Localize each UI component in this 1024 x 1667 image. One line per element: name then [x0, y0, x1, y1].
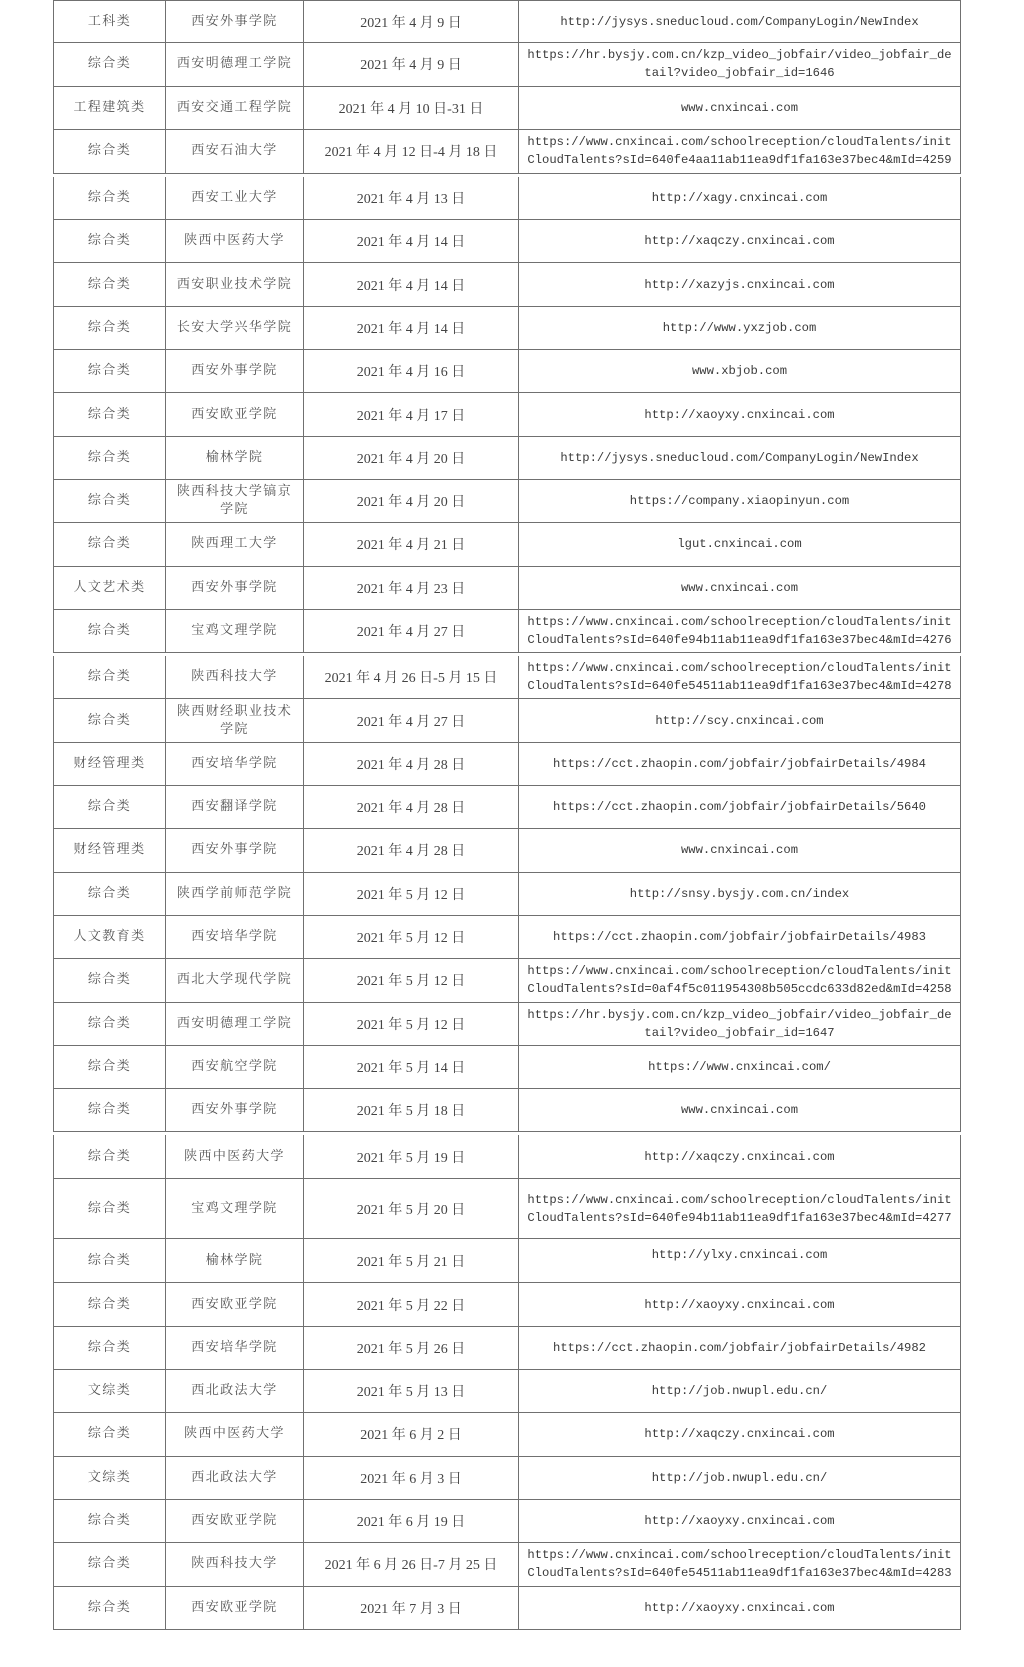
url-cell: https://www.cnxincai.com/schoolreception…	[518, 656, 961, 698]
school-cell: 西安翻译学院	[165, 786, 303, 828]
date-text: 2021 年 5 月 26 日	[357, 1338, 466, 1358]
category-cell: 综合类	[53, 1239, 165, 1282]
category-text: 文综类	[88, 1469, 131, 1487]
table-row: 文综类 西北政法大学 2021 年 5 月 13 日 http://job.nw…	[53, 1370, 961, 1413]
category-cell: 综合类	[53, 220, 165, 262]
date-text: 2021 年 4 月 27 日	[357, 621, 466, 641]
url-text: www.cnxincai.com	[681, 1101, 798, 1119]
date-cell: 2021 年 4 月 9 日	[303, 43, 518, 85]
school-text: 西北大学现代学院	[177, 971, 292, 989]
url-cell: https://www.cnxincai.com/schoolreception…	[518, 610, 961, 652]
school-cell: 西安欧亚学院	[165, 1283, 303, 1325]
school-text: 西安交通工程学院	[177, 99, 292, 117]
category-text: 综合类	[88, 1148, 131, 1166]
date-text: 2021 年 6 月 19 日	[357, 1511, 466, 1531]
category-cell: 人文教育类	[53, 916, 165, 958]
school-text: 西安培华学院	[191, 928, 277, 946]
category-cell: 综合类	[53, 1543, 165, 1585]
category-text: 工科类	[88, 13, 131, 31]
category-text: 综合类	[88, 319, 131, 337]
date-cell: 2021 年 6 月 3 日	[303, 1457, 518, 1499]
url-cell: https://cct.zhaopin.com/jobfair/jobfairD…	[518, 743, 961, 785]
url-cell: lgut.cnxincai.com	[518, 523, 961, 565]
date-cell: 2021 年 4 月 23 日	[303, 567, 518, 609]
date-text: 2021 年 4 月 28 日	[357, 797, 466, 817]
school-cell: 宝鸡文理学院	[165, 610, 303, 652]
date-cell: 2021 年 5 月 13 日	[303, 1370, 518, 1412]
table-row: 综合类 西安航空学院 2021 年 5 月 14 日 https://www.c…	[53, 1046, 961, 1089]
url-text: http://job.nwupl.edu.cn/	[652, 1382, 828, 1400]
category-cell: 财经管理类	[53, 743, 165, 785]
table-row: 综合类 榆林学院 2021 年 4 月 20 日 http://jysys.sn…	[53, 437, 961, 480]
date-text: 2021 年 6 月 26 日-7 月 25 日	[325, 1554, 498, 1574]
table-row: 综合类 陕西中医药大学 2021 年 4 月 14 日 http://xaqcz…	[53, 220, 961, 263]
date-text: 2021 年 4 月 14 日	[357, 318, 466, 338]
school-text: 榆林学院	[206, 1252, 264, 1270]
date-cell: 2021 年 4 月 27 日	[303, 699, 518, 741]
date-text: 2021 年 4 月 20 日	[357, 491, 466, 511]
category-cell: 综合类	[53, 1003, 165, 1045]
school-text: 西北政法大学	[191, 1382, 277, 1400]
school-cell: 陕西科技大学	[165, 1543, 303, 1585]
date-cell: 2021 年 4 月 10 日-31 日	[303, 87, 518, 129]
date-text: 2021 年 5 月 21 日	[357, 1251, 466, 1271]
url-text: http://xaoyxy.cnxincai.com	[644, 1296, 834, 1314]
category-text: 综合类	[88, 1015, 131, 1033]
date-text: 2021 年 7 月 3 日	[360, 1598, 462, 1618]
school-cell: 西安外事学院	[165, 567, 303, 609]
school-cell: 西安欧亚学院	[165, 1587, 303, 1629]
date-text: 2021 年 4 月 16 日	[357, 361, 466, 381]
category-cell: 工科类	[53, 1, 165, 42]
url-text: https://www.cnxincai.com/schoolreception…	[527, 1546, 951, 1582]
url-text: http://xaqczy.cnxincai.com	[644, 232, 834, 250]
date-text: 2021 年 4 月 27 日	[357, 711, 466, 731]
table-row: 综合类 陕西中医药大学 2021 年 6 月 2 日 http://xaqczy…	[53, 1413, 961, 1456]
date-cell: 2021 年 4 月 14 日	[303, 263, 518, 305]
category-cell: 综合类	[53, 1327, 165, 1369]
school-text: 陕西科技大学镐京学院	[173, 483, 296, 519]
category-text: 综合类	[88, 189, 131, 207]
date-text: 2021 年 4 月 14 日	[357, 275, 466, 295]
table-row: 工程建筑类 西安交通工程学院 2021 年 4 月 10 日-31 日 www.…	[53, 87, 961, 130]
table-row: 综合类 陕西科技大学 2021 年 4 月 26 日-5 月 15 日 http…	[53, 656, 961, 699]
date-cell: 2021 年 4 月 28 日	[303, 786, 518, 828]
category-cell: 综合类	[53, 263, 165, 305]
school-cell: 西安交通工程学院	[165, 87, 303, 129]
date-cell: 2021 年 5 月 22 日	[303, 1283, 518, 1325]
category-text: 综合类	[88, 1058, 131, 1076]
school-text: 西北政法大学	[191, 1469, 277, 1487]
school-cell: 宝鸡文理学院	[165, 1179, 303, 1238]
date-cell: 2021 年 5 月 12 日	[303, 1003, 518, 1045]
date-text: 2021 年 5 月 12 日	[357, 970, 466, 990]
school-cell: 陕西科技大学	[165, 656, 303, 698]
school-cell: 西安外事学院	[165, 1089, 303, 1131]
date-cell: 2021 年 4 月 20 日	[303, 480, 518, 522]
school-text: 西安外事学院	[191, 362, 277, 380]
category-text: 综合类	[88, 622, 131, 640]
table-row: 工科类 西安外事学院 2021 年 4 月 9 日 http://jysys.s…	[53, 0, 961, 43]
category-cell: 综合类	[53, 177, 165, 219]
table-row: 综合类 西安外事学院 2021 年 4 月 16 日 www.xbjob.com	[53, 350, 961, 393]
school-text: 陕西科技大学	[191, 668, 277, 686]
date-cell: 2021 年 4 月 12 日-4 月 18 日	[303, 130, 518, 173]
date-cell: 2021 年 5 月 14 日	[303, 1046, 518, 1088]
date-text: 2021 年 4 月 13 日	[357, 188, 466, 208]
date-text: 2021 年 4 月 14 日	[357, 231, 466, 251]
date-text: 2021 年 4 月 28 日	[357, 754, 466, 774]
category-text: 综合类	[88, 712, 131, 730]
url-cell: www.xbjob.com	[518, 350, 961, 392]
category-cell: 文综类	[53, 1370, 165, 1412]
table-row: 人文教育类 西安培华学院 2021 年 5 月 12 日 https://cct…	[53, 916, 961, 959]
table-row: 综合类 西安石油大学 2021 年 4 月 12 日-4 月 18 日 http…	[53, 130, 961, 174]
url-cell: https://www.cnxincai.com/	[518, 1046, 961, 1088]
category-text: 财经管理类	[73, 755, 145, 773]
date-cell: 2021 年 4 月 26 日-5 月 15 日	[303, 656, 518, 698]
date-text: 2021 年 4 月 28 日	[357, 840, 466, 860]
school-text: 西安培华学院	[191, 755, 277, 773]
category-text: 综合类	[88, 276, 131, 294]
table-row: 综合类 榆林学院 2021 年 5 月 21 日 http://ylxy.cnx…	[53, 1239, 961, 1283]
url-cell: www.cnxincai.com	[518, 1089, 961, 1131]
url-cell: http://xaqczy.cnxincai.com	[518, 1135, 961, 1178]
school-cell: 西北政法大学	[165, 1457, 303, 1499]
school-text: 陕西中医药大学	[184, 1148, 285, 1166]
url-text: http://www.yxzjob.com	[663, 319, 817, 337]
category-cell: 综合类	[53, 1135, 165, 1178]
url-cell: www.cnxincai.com	[518, 87, 961, 129]
school-cell: 西安工业大学	[165, 177, 303, 219]
date-text: 2021 年 5 月 12 日	[357, 1014, 466, 1034]
date-cell: 2021 年 4 月 13 日	[303, 177, 518, 219]
category-text: 综合类	[88, 1555, 131, 1573]
url-text: https://hr.bysjy.com.cn/kzp_video_jobfai…	[527, 46, 951, 82]
date-cell: 2021 年 4 月 14 日	[303, 220, 518, 262]
date-text: 2021 年 5 月 13 日	[357, 1381, 466, 1401]
school-cell: 西安培华学院	[165, 916, 303, 958]
url-text: http://jysys.sneducloud.com/CompanyLogin…	[560, 449, 918, 467]
category-cell: 综合类	[53, 480, 165, 522]
url-cell: http://xaqczy.cnxincai.com	[518, 1413, 961, 1455]
date-cell: 2021 年 5 月 21 日	[303, 1239, 518, 1282]
school-cell: 西北政法大学	[165, 1370, 303, 1412]
school-cell: 榆林学院	[165, 1239, 303, 1282]
school-cell: 西安培华学院	[165, 1327, 303, 1369]
school-cell: 西安外事学院	[165, 829, 303, 871]
category-cell: 综合类	[53, 1587, 165, 1629]
school-cell: 西北大学现代学院	[165, 959, 303, 1001]
category-cell: 财经管理类	[53, 829, 165, 871]
school-cell: 西安明德理工学院	[165, 43, 303, 85]
date-cell: 2021 年 5 月 19 日	[303, 1135, 518, 1178]
school-text: 西安外事学院	[191, 841, 277, 859]
url-cell: http://snsy.bysjy.com.cn/index	[518, 873, 961, 915]
school-text: 西安石油大学	[191, 142, 277, 160]
url-cell: http://xagy.cnxincai.com	[518, 177, 961, 219]
category-text: 综合类	[88, 535, 131, 553]
url-text: https://cct.zhaopin.com/jobfair/jobfairD…	[553, 755, 926, 773]
category-cell: 综合类	[53, 1179, 165, 1238]
url-cell: www.cnxincai.com	[518, 567, 961, 609]
school-text: 长安大学兴华学院	[177, 319, 292, 337]
category-text: 综合类	[88, 1339, 131, 1357]
category-text: 综合类	[88, 1512, 131, 1530]
url-text: http://xaoyxy.cnxincai.com	[644, 1512, 834, 1530]
category-cell: 综合类	[53, 699, 165, 741]
category-text: 综合类	[88, 1296, 131, 1314]
date-cell: 2021 年 5 月 26 日	[303, 1327, 518, 1369]
url-text: lgut.cnxincai.com	[677, 535, 801, 553]
table-row: 综合类 西安翻译学院 2021 年 4 月 28 日 https://cct.z…	[53, 786, 961, 829]
school-text: 陕西学前师范学院	[177, 885, 292, 903]
url-cell: http://www.yxzjob.com	[518, 307, 961, 349]
url-text: www.xbjob.com	[692, 362, 787, 380]
url-text: https://www.cnxincai.com/schoolreception…	[527, 1191, 951, 1227]
date-cell: 2021 年 6 月 19 日	[303, 1500, 518, 1542]
category-cell: 综合类	[53, 1500, 165, 1542]
category-text: 综合类	[88, 55, 131, 73]
date-cell: 2021 年 4 月 28 日	[303, 829, 518, 871]
school-text: 陕西科技大学	[191, 1555, 277, 1573]
school-cell: 榆林学院	[165, 437, 303, 479]
url-cell: https://cct.zhaopin.com/jobfair/jobfairD…	[518, 1327, 961, 1369]
table-row: 综合类 陕西理工大学 2021 年 4 月 21 日 lgut.cnxincai…	[53, 523, 961, 566]
table-row: 综合类 陕西财经职业技术学院 2021 年 4 月 27 日 http://sc…	[53, 699, 961, 742]
table-row: 综合类 陕西科技大学镐京学院 2021 年 4 月 20 日 https://c…	[53, 480, 961, 523]
url-cell: http://xaoyxy.cnxincai.com	[518, 393, 961, 435]
category-text: 综合类	[88, 1599, 131, 1617]
school-cell: 陕西中医药大学	[165, 1413, 303, 1455]
school-text: 宝鸡文理学院	[191, 622, 277, 640]
date-cell: 2021 年 4 月 16 日	[303, 350, 518, 392]
url-cell: http://xazyjs.cnxincai.com	[518, 263, 961, 305]
category-text: 综合类	[88, 406, 131, 424]
school-text: 陕西理工大学	[191, 535, 277, 553]
table-row: 综合类 西安欧亚学院 2021 年 6 月 19 日 http://xaoyxy…	[53, 1500, 961, 1543]
url-cell: https://hr.bysjy.com.cn/kzp_video_jobfai…	[518, 1003, 961, 1045]
url-cell: https://www.cnxincai.com/schoolreception…	[518, 1179, 961, 1238]
school-cell: 西安欧亚学院	[165, 393, 303, 435]
url-cell: http://scy.cnxincai.com	[518, 699, 961, 741]
url-cell: http://job.nwupl.edu.cn/	[518, 1457, 961, 1499]
school-cell: 陕西财经职业技术学院	[165, 699, 303, 741]
date-text: 2021 年 4 月 26 日-5 月 15 日	[325, 667, 498, 687]
category-text: 财经管理类	[73, 841, 145, 859]
category-text: 综合类	[88, 971, 131, 989]
school-cell: 西安职业技术学院	[165, 263, 303, 305]
date-cell: 2021 年 4 月 27 日	[303, 610, 518, 652]
date-text: 2021 年 5 月 22 日	[357, 1295, 466, 1315]
date-cell: 2021 年 5 月 20 日	[303, 1179, 518, 1238]
table-row: 综合类 西安工业大学 2021 年 4 月 13 日 http://xagy.c…	[53, 177, 961, 220]
url-text: http://xaoyxy.cnxincai.com	[644, 406, 834, 424]
url-text: www.cnxincai.com	[681, 579, 798, 597]
category-text: 综合类	[88, 492, 131, 510]
date-cell: 2021 年 4 月 14 日	[303, 307, 518, 349]
school-text: 西安外事学院	[191, 1101, 277, 1119]
date-cell: 2021 年 4 月 28 日	[303, 743, 518, 785]
category-cell: 文综类	[53, 1457, 165, 1499]
school-cell: 西安欧亚学院	[165, 1500, 303, 1542]
table-row: 综合类 宝鸡文理学院 2021 年 4 月 27 日 https://www.c…	[53, 610, 961, 653]
date-cell: 2021 年 7 月 3 日	[303, 1587, 518, 1629]
date-text: 2021 年 5 月 19 日	[357, 1147, 466, 1167]
school-text: 宝鸡文理学院	[191, 1200, 277, 1218]
url-cell: https://www.cnxincai.com/schoolreception…	[518, 959, 961, 1001]
url-text: https://hr.bysjy.com.cn/kzp_video_jobfai…	[527, 1006, 951, 1042]
date-cell: 2021 年 6 月 26 日-7 月 25 日	[303, 1543, 518, 1585]
url-cell: http://job.nwupl.edu.cn/	[518, 1370, 961, 1412]
school-text: 西安工业大学	[191, 189, 277, 207]
school-text: 西安明德理工学院	[177, 55, 292, 73]
school-text: 陕西中医药大学	[184, 1425, 285, 1443]
table-row: 综合类 西安明德理工学院 2021 年 4 月 9 日 https://hr.b…	[53, 43, 961, 86]
table-row: 综合类 陕西科技大学 2021 年 6 月 26 日-7 月 25 日 http…	[53, 1543, 961, 1586]
url-text: https://www.cnxincai.com/schoolreception…	[527, 659, 951, 695]
url-cell: https://company.xiaopinyun.com	[518, 480, 961, 522]
url-text: http://jysys.sneducloud.com/CompanyLogin…	[560, 13, 918, 31]
category-cell: 综合类	[53, 1089, 165, 1131]
school-cell: 陕西中医药大学	[165, 220, 303, 262]
category-cell: 综合类	[53, 130, 165, 173]
category-text: 综合类	[88, 1200, 131, 1218]
category-cell: 综合类	[53, 350, 165, 392]
date-text: 2021 年 4 月 9 日	[360, 54, 462, 74]
date-cell: 2021 年 6 月 2 日	[303, 1413, 518, 1455]
table-row: 综合类 西安培华学院 2021 年 5 月 26 日 https://cct.z…	[53, 1327, 961, 1370]
category-text: 综合类	[88, 885, 131, 903]
url-cell: https://www.cnxincai.com/schoolreception…	[518, 1543, 961, 1585]
date-text: 2021 年 5 月 12 日	[357, 884, 466, 904]
school-cell: 西安外事学院	[165, 1, 303, 42]
school-text: 西安外事学院	[191, 13, 277, 31]
date-cell: 2021 年 5 月 12 日	[303, 959, 518, 1001]
school-cell: 西安明德理工学院	[165, 1003, 303, 1045]
table-row: 综合类 西安外事学院 2021 年 5 月 18 日 www.cnxincai.…	[53, 1089, 961, 1132]
category-cell: 工程建筑类	[53, 87, 165, 129]
date-text: 2021 年 4 月 9 日	[360, 12, 462, 32]
url-cell: http://xaoyxy.cnxincai.com	[518, 1283, 961, 1325]
url-text: https://cct.zhaopin.com/jobfair/jobfairD…	[553, 928, 926, 946]
date-text: 2021 年 5 月 18 日	[357, 1100, 466, 1120]
date-cell: 2021 年 4 月 9 日	[303, 1, 518, 42]
url-text: http://ylxy.cnxincai.com	[652, 1246, 828, 1264]
school-text: 陕西财经职业技术学院	[173, 703, 296, 739]
table-row: 综合类 陕西中医药大学 2021 年 5 月 19 日 http://xaqcz…	[53, 1135, 961, 1179]
table-row: 综合类 西安欧亚学院 2021 年 4 月 17 日 http://xaoyxy…	[53, 393, 961, 436]
url-text: http://snsy.bysjy.com.cn/index	[630, 885, 849, 903]
date-cell: 2021 年 5 月 12 日	[303, 873, 518, 915]
school-cell: 陕西中医药大学	[165, 1135, 303, 1178]
category-text: 综合类	[88, 1425, 131, 1443]
date-text: 2021 年 5 月 14 日	[357, 1057, 466, 1077]
url-cell: http://xaoyxy.cnxincai.com	[518, 1587, 961, 1629]
category-text: 人文艺术类	[73, 579, 145, 597]
date-cell: 2021 年 5 月 12 日	[303, 916, 518, 958]
url-cell: http://ylxy.cnxincai.com	[518, 1239, 961, 1282]
date-text: 2021 年 4 月 10 日-31 日	[339, 98, 484, 118]
url-cell: http://jysys.sneducloud.com/CompanyLogin…	[518, 437, 961, 479]
url-text: http://xagy.cnxincai.com	[652, 189, 828, 207]
category-cell: 综合类	[53, 43, 165, 85]
category-text: 综合类	[88, 362, 131, 380]
category-text: 综合类	[88, 232, 131, 250]
table-row: 财经管理类 西安外事学院 2021 年 4 月 28 日 www.cnxinca…	[53, 829, 961, 872]
table-row: 文综类 西北政法大学 2021 年 6 月 3 日 http://job.nwu…	[53, 1457, 961, 1500]
school-text: 西安欧亚学院	[191, 406, 277, 424]
url-cell: www.cnxincai.com	[518, 829, 961, 871]
job-fair-table: 工科类 西安外事学院 2021 年 4 月 9 日 http://jysys.s…	[53, 0, 961, 1630]
category-cell: 综合类	[53, 873, 165, 915]
category-text: 综合类	[88, 668, 131, 686]
category-text: 综合类	[88, 449, 131, 467]
category-cell: 综合类	[53, 959, 165, 1001]
url-text: https://www.cnxincai.com/schoolreception…	[527, 613, 951, 649]
table-row: 综合类 西北大学现代学院 2021 年 5 月 12 日 https://www…	[53, 959, 961, 1002]
category-text: 综合类	[88, 1101, 131, 1119]
category-cell: 综合类	[53, 437, 165, 479]
url-cell: https://cct.zhaopin.com/jobfair/jobfairD…	[518, 916, 961, 958]
url-text: www.cnxincai.com	[681, 841, 798, 859]
school-cell: 西安航空学院	[165, 1046, 303, 1088]
table-row: 综合类 西安欧亚学院 2021 年 5 月 22 日 http://xaoyxy…	[53, 1283, 961, 1326]
date-text: 2021 年 4 月 17 日	[357, 405, 466, 425]
url-text: http://scy.cnxincai.com	[655, 712, 823, 730]
category-text: 人文教育类	[73, 928, 145, 946]
category-cell: 综合类	[53, 393, 165, 435]
url-text: www.cnxincai.com	[681, 99, 798, 117]
table-row: 综合类 宝鸡文理学院 2021 年 5 月 20 日 https://www.c…	[53, 1179, 961, 1239]
date-text: 2021 年 5 月 12 日	[357, 927, 466, 947]
school-cell: 陕西学前师范学院	[165, 873, 303, 915]
table-row: 综合类 西安欧亚学院 2021 年 7 月 3 日 http://xaoyxy.…	[53, 1587, 961, 1630]
table-row: 综合类 陕西学前师范学院 2021 年 5 月 12 日 http://snsy…	[53, 873, 961, 916]
category-cell: 综合类	[53, 610, 165, 652]
url-cell: https://www.cnxincai.com/schoolreception…	[518, 130, 961, 173]
url-text: https://cct.zhaopin.com/jobfair/jobfairD…	[553, 1339, 926, 1357]
school-text: 榆林学院	[206, 449, 264, 467]
school-text: 西安培华学院	[191, 1339, 277, 1357]
table-row: 综合类 西安职业技术学院 2021 年 4 月 14 日 http://xazy…	[53, 263, 961, 306]
category-cell: 综合类	[53, 1413, 165, 1455]
school-text: 西安航空学院	[191, 1058, 277, 1076]
url-text: http://xazyjs.cnxincai.com	[644, 276, 834, 294]
school-text: 西安外事学院	[191, 579, 277, 597]
date-cell: 2021 年 4 月 21 日	[303, 523, 518, 565]
url-text: https://cct.zhaopin.com/jobfair/jobfairD…	[553, 798, 926, 816]
school-cell: 西安石油大学	[165, 130, 303, 173]
date-cell: 2021 年 5 月 18 日	[303, 1089, 518, 1131]
url-text: http://xaoyxy.cnxincai.com	[644, 1599, 834, 1617]
url-text: http://xaqczy.cnxincai.com	[644, 1425, 834, 1443]
date-text: 2021 年 4 月 23 日	[357, 578, 466, 598]
date-text: 2021 年 6 月 3 日	[360, 1468, 462, 1488]
category-text: 综合类	[88, 798, 131, 816]
school-text: 西安职业技术学院	[177, 276, 292, 294]
school-cell: 西安外事学院	[165, 350, 303, 392]
date-cell: 2021 年 4 月 17 日	[303, 393, 518, 435]
category-text: 工程建筑类	[73, 99, 145, 117]
school-text: 陕西中医药大学	[184, 232, 285, 250]
url-cell: http://jysys.sneducloud.com/CompanyLogin…	[518, 1, 961, 42]
school-cell: 西安培华学院	[165, 743, 303, 785]
url-cell: https://cct.zhaopin.com/jobfair/jobfairD…	[518, 786, 961, 828]
url-text: https://www.cnxincai.com/schoolreception…	[527, 133, 951, 169]
table-row: 人文艺术类 西安外事学院 2021 年 4 月 23 日 www.cnxinca…	[53, 567, 961, 610]
table-row: 财经管理类 西安培华学院 2021 年 4 月 28 日 https://cct…	[53, 743, 961, 786]
